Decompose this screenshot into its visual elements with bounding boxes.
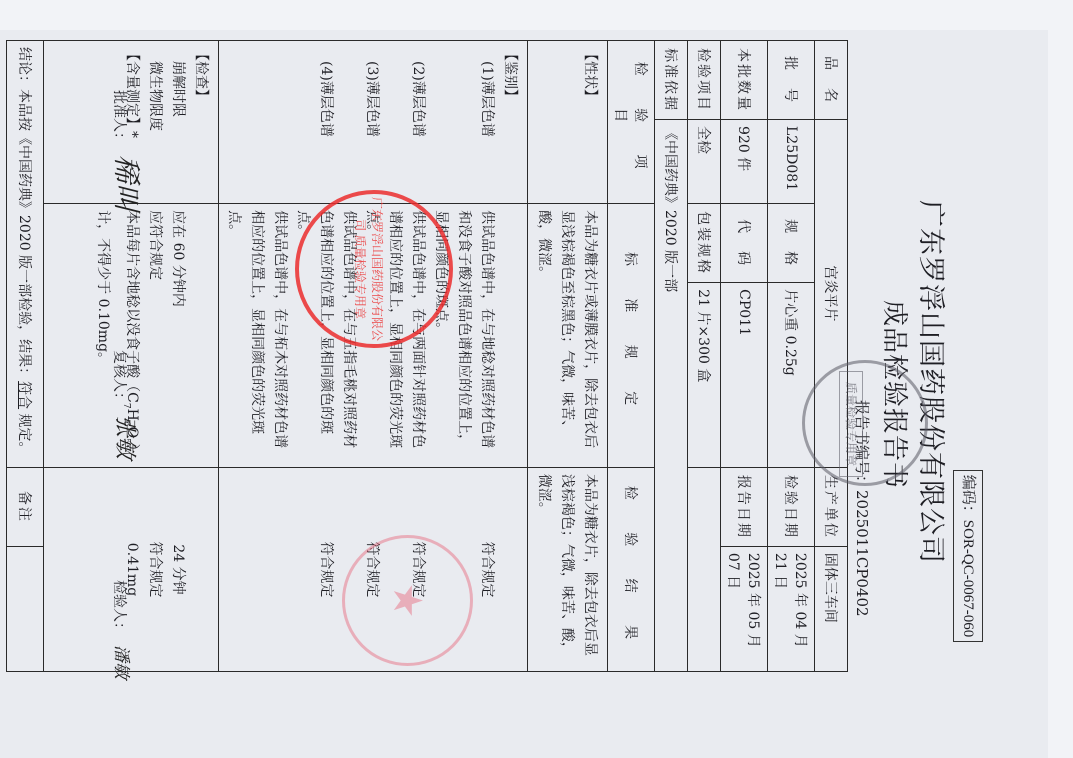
inspection-table: 品 名 宫炎平片 生产单位 固体三车间 批 号 L25D081 规 格 片心重 … bbox=[6, 40, 848, 672]
conclusion-text: 结论：本品按《中国药典》2020 版一部检验，结果：符合 规定。 bbox=[7, 41, 44, 468]
report-date-value: 2025 年 05 月 07 日 bbox=[721, 546, 768, 671]
spec-value: 片心重 0.25g bbox=[768, 283, 815, 468]
report-title: 成品检验报告书 bbox=[878, 300, 915, 489]
col-header-result: 检 验 结 果 bbox=[608, 467, 655, 671]
producer-label: 生产单位 bbox=[815, 467, 848, 546]
code-value-cell: CP011 bbox=[721, 283, 768, 468]
appearance-result: 本品为糖衣片，除去包衣后显浅棕褐色；气微，味苦、酸，微涩。 bbox=[528, 467, 608, 671]
inspect-date-label: 检验日期 bbox=[768, 467, 815, 546]
ident-item-4-result: 符合规定 bbox=[314, 474, 337, 665]
ident-item-2-result: 符合规定 bbox=[383, 474, 429, 665]
row-quantity: 本批数量 920 件 代 码 CP011 报告日期 2025 年 05 月 07… bbox=[721, 41, 768, 672]
product-name-value: 宫炎平片 bbox=[815, 120, 848, 468]
exam-item-1-standard: 应在 60 分钟内 bbox=[166, 210, 189, 461]
blank-cell bbox=[688, 467, 721, 671]
basis-value: 《中国药典》2020 版一部 bbox=[655, 120, 688, 672]
row-conclusion: 结论：本品按《中国药典》2020 版一部检验，结果：符合 规定。 备注 bbox=[7, 41, 44, 672]
ident-item-1-result: 符合规定 bbox=[429, 474, 498, 665]
reviewer-signature: 张敏 bbox=[111, 415, 142, 459]
code-label: 编码： bbox=[960, 475, 976, 520]
appearance-standard: 本品为糖衣片或薄膜衣片，除去包衣后显浅棕褐色至棕黑色；气微，味苦、酸，微涩。 bbox=[528, 204, 608, 468]
document-code-box: 编码：SOR-QC-0067-060 bbox=[953, 470, 983, 642]
conclusion-verdict: 符合 bbox=[16, 381, 32, 409]
ident-item-4-standard: 供试品色谱中，在与柘木对照药材色谱相应的位置上，显相同颜色的荧光斑点。 bbox=[222, 210, 291, 461]
conclusion-suffix: 规定。 bbox=[16, 409, 32, 455]
identification-title: 【鉴别】 bbox=[498, 47, 521, 197]
product-name-label: 品 名 bbox=[815, 41, 848, 120]
examination-results: 24 分钟 符合规定 0.41mg bbox=[44, 467, 219, 671]
items-label: 检验项目 bbox=[688, 41, 721, 120]
items-value: 全检 bbox=[688, 120, 721, 204]
ident-item-3-result: 符合规定 bbox=[337, 474, 383, 665]
ident-item-3-standard: 供试品色谱中，在与五指毛桃对照药材色谱相应的位置上，显相同颜色的斑点。 bbox=[291, 210, 360, 461]
ident-item-4-name: (4)薄层色谱 bbox=[314, 47, 337, 197]
producer-value: 固体三车间 bbox=[815, 546, 848, 671]
code-label-cell: 代 码 bbox=[721, 204, 768, 283]
report-no-value: 2025011CP0402 bbox=[853, 490, 871, 617]
remark-label: 备注 bbox=[7, 467, 44, 546]
inspection-report-page: 编码：SOR-QC-0067-060 广东罗浮山国药股份有限公司 成品检验报告书… bbox=[0, 0, 1073, 758]
ident-item-1-name: (1)薄层色谱 bbox=[429, 47, 498, 197]
conclusion-prefix: 结论：本品按《中国药典》2020 版一部检验，结果： bbox=[16, 47, 32, 381]
identification-standards: 供试品色谱中，在与地稔对照药材色谱和没食子酸对照品色谱相应的位置上，显相同颜色的… bbox=[219, 204, 528, 468]
report-number: 报告书编号：2025011CP0402 bbox=[852, 400, 873, 617]
report-no-label: 报告书编号： bbox=[853, 400, 871, 490]
ident-item-3-name: (3)薄层色谱 bbox=[337, 47, 383, 197]
report-date-label: 报告日期 bbox=[721, 467, 768, 546]
inspector-label: 检验人： bbox=[110, 580, 130, 636]
col-header-standard: 标 准 规 定 bbox=[608, 204, 655, 468]
row-appearance: 【性状】 本品为糖衣片或薄膜衣片，除去包衣后显浅棕褐色至棕黑色；气微，味苦、酸，… bbox=[528, 41, 608, 672]
identification-results: 符合规定 符合规定 符合规定 符合规定 bbox=[219, 467, 528, 671]
package-label: 包装规格 bbox=[688, 204, 721, 283]
assay-result: 0.41mg bbox=[120, 474, 143, 665]
ident-item-1-standard: 供试品色谱中，在与地稔对照药材色谱和没食子酸对照品色谱相应的位置上，显相同颜色的… bbox=[429, 210, 498, 461]
reviewer-label: 复核人： bbox=[110, 350, 130, 406]
row-identification: 【鉴别】 (1)薄层色谱 (2)薄层色谱 (3)薄层色谱 (4)薄层色谱 供试品… bbox=[219, 41, 528, 672]
examination-title: 【检查】 bbox=[189, 47, 212, 197]
row-examination: 【检查】 崩解时限 微生物限度 【含量测定】* 应在 60 分钟内 应符合规定 … bbox=[44, 41, 219, 672]
row-product: 品 名 宫炎平片 生产单位 固体三车间 bbox=[815, 41, 848, 672]
remark-value bbox=[7, 546, 44, 671]
batch-value: L25D081 bbox=[768, 120, 815, 204]
company-title: 广东罗浮山国药股份有限公司 bbox=[914, 200, 953, 564]
exam-item-1-result: 24 分钟 bbox=[166, 474, 189, 665]
identification-items: 【鉴别】 (1)薄层色谱 (2)薄层色谱 (3)薄层色谱 (4)薄层色谱 bbox=[219, 41, 528, 204]
quantity-value: 920 件 bbox=[721, 120, 768, 204]
row-items: 检验项目 全检 包装规格 21 片×300 盒 bbox=[688, 41, 721, 672]
spec-label: 规 格 bbox=[768, 204, 815, 283]
exam-item-2-result: 符合规定 bbox=[143, 474, 166, 665]
approver-signature: 稀叫 bbox=[108, 155, 148, 211]
approver-label: 批准人： bbox=[110, 90, 130, 146]
exam-item-2-standard: 应符合规定 bbox=[143, 210, 166, 461]
exam-item-1-name: 崩解时限 bbox=[166, 47, 189, 197]
package-value: 21 片×300 盒 bbox=[688, 283, 721, 468]
inspect-date-value: 2025 年 04 月 21 日 bbox=[768, 546, 815, 671]
row-column-headers: 检 验 项 目 标 准 规 定 检 验 结 果 bbox=[608, 41, 655, 672]
quantity-label: 本批数量 bbox=[721, 41, 768, 120]
basis-label: 标准依据 bbox=[655, 41, 688, 120]
batch-label: 批 号 bbox=[768, 41, 815, 120]
ident-item-2-standard: 供试品色谱中，在与两面针对照药材色谱相应的位置上，显相同颜色的荧光斑点。 bbox=[360, 210, 429, 461]
row-basis: 标准依据 《中国药典》2020 版一部 bbox=[655, 41, 688, 672]
inspector-signature: 潘敏 bbox=[111, 645, 136, 679]
code-value: SOR-QC-0067-060 bbox=[960, 520, 976, 638]
row-batch: 批 号 L25D081 规 格 片心重 0.25g 检验日期 2025 年 04… bbox=[768, 41, 815, 672]
col-header-item: 检 验 项 目 bbox=[608, 41, 655, 204]
appearance-title: 【性状】 bbox=[528, 41, 608, 204]
ident-item-2-name: (2)薄层色谱 bbox=[383, 47, 429, 197]
